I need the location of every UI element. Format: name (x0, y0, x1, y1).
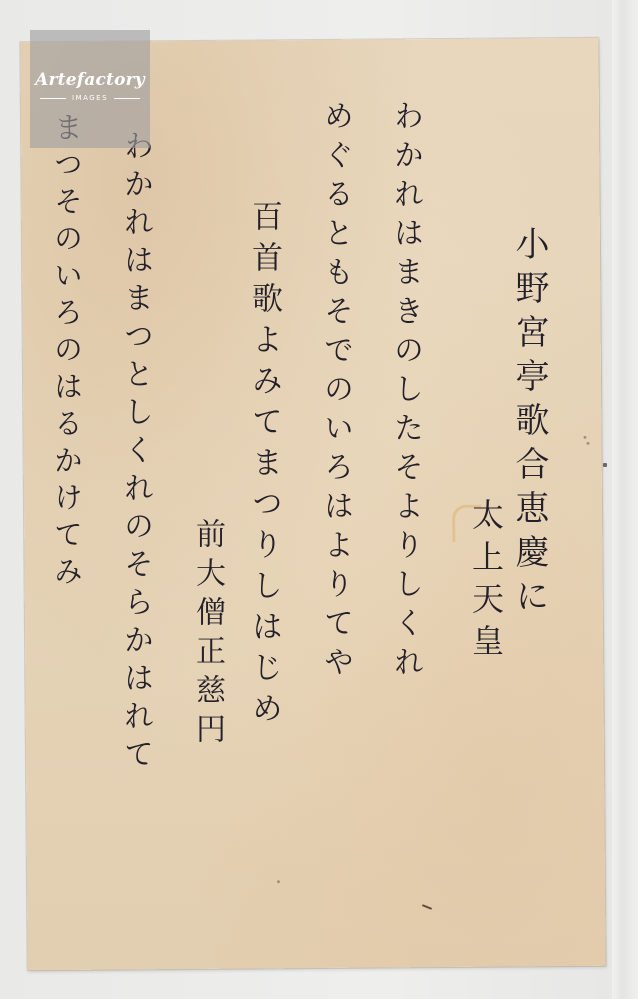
edge-speck (603, 463, 607, 467)
watermark-logo: Artefactory IMAGES (30, 30, 150, 148)
watermark-brand: Artefactory (35, 70, 145, 90)
poem-2-heading-column: 百首歌よみてまつりしはじめ (248, 200, 279, 733)
scanner-edge-strip (612, 0, 638, 999)
poem-2-line-1: わかれはまつとしくれのそらかはれて (120, 130, 150, 776)
watermark-rule-left (40, 98, 66, 99)
poem-2-line-2: まつそのいろのはるかけてみ (52, 112, 81, 593)
paper-speck (277, 880, 280, 883)
paper-speck (583, 436, 586, 439)
watermark-subline: IMAGES (40, 94, 140, 102)
author-column-2: 前大僧正慈円 (192, 518, 222, 752)
author-column-1: 太上天皇 (470, 498, 502, 666)
watermark-rule-right (114, 98, 140, 99)
poem-heading-column: 小野宮亭歌合恵慶に (512, 226, 546, 622)
watermark-sub: IMAGES (72, 94, 108, 102)
poem-1-line-1: わかれはまきのしたそよりしくれ (390, 100, 420, 685)
paper-speck (587, 442, 590, 445)
poem-1-line-2: めぐるともそでのいろはよりてや (320, 100, 350, 685)
